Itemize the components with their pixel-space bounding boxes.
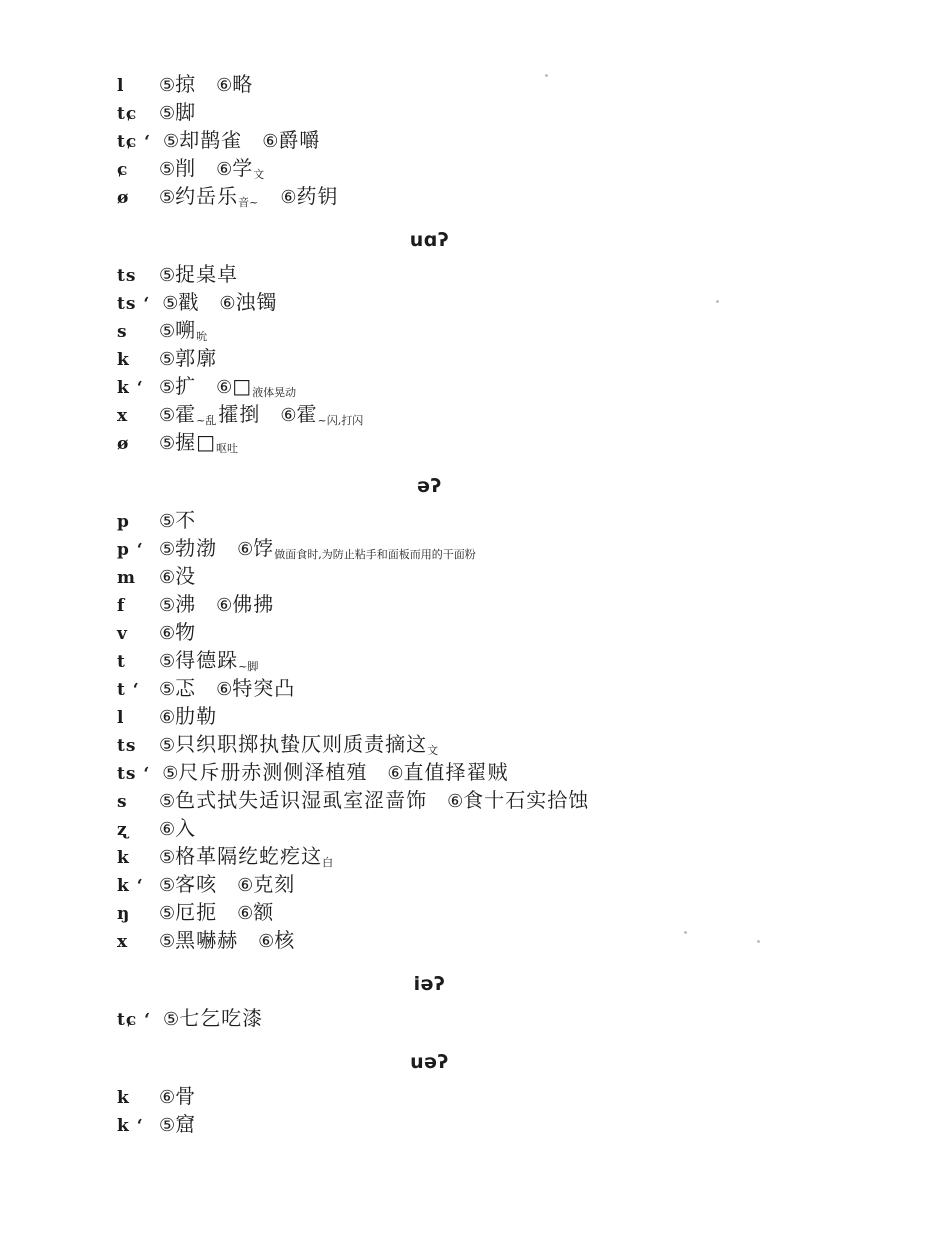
entry-row: ts⑤捉桌卓 [117,260,742,288]
entry-characters: 约岳乐音~ [175,184,260,208]
entry-row: k⑥骨 [117,1082,742,1110]
example-characters: 霍 [175,402,196,426]
tone-entry: ⑤忑 [159,680,196,699]
initial-symbol: x [117,928,147,956]
entry-row: f⑤沸⑥佛拂 [117,590,742,618]
tone-entry: ⑥浊镯 [219,294,277,313]
example-characters: 额 [253,900,274,924]
example-characters: 厄扼 [175,900,217,924]
tone-entry: ⑥药钥 [280,188,338,207]
tone-entry: ⑤扩 [159,378,196,397]
scan-speck [545,74,548,77]
tone-number: ⑥ [159,1087,175,1108]
tone-entry: ⑤脚 [159,104,196,123]
example-characters: 握□ [175,430,216,454]
scanned-dictionary-page: { "page": { "description_labels": {}, "s… [0,0,930,1247]
initial-symbol: tɕ ‘ [117,128,151,156]
tone-entry: ⑥食十石实拾蚀 [447,792,589,811]
tone-entry: ⑤色式拭失适识湿虱室涩啬饰 [159,792,427,811]
annotation-small-text: 呕吐 [216,442,238,455]
tone-number: ⑤ [159,159,175,180]
initial-symbol: ts ‘ [117,290,150,318]
entry-characters: 不 [175,508,196,532]
example-characters: 嗍 [175,318,196,342]
initial-symbol: k ‘ [117,872,147,900]
tone-number: ⑤ [163,131,179,152]
entry-characters: 色式拭失适识湿虱室涩啬饰 [175,788,427,812]
tone-number: ⑤ [159,903,175,924]
entry-row: t ‘⑤忑⑥特突凸 [117,674,742,702]
tone-number: ⑤ [159,539,175,560]
initial-symbol: ʐ [117,816,147,844]
tone-number: ⑤ [159,187,175,208]
example-characters: 忑 [175,676,196,700]
example-characters: 克刻 [253,872,295,896]
entry-characters: 脚 [175,100,196,124]
tone-entry: ⑥没 [159,568,196,587]
tone-entry: ⑥□液体晃动 [216,378,298,397]
entry-row: k ‘⑤窟 [117,1110,742,1138]
entry-characters: 窟 [175,1112,196,1136]
example-characters: 掠 [175,72,196,96]
tone-entry: ⑤只织职掷执蛰仄则质责摘这文 [159,736,440,755]
example-characters: 尺斥册赤测侧泽植殖 [178,760,367,784]
example-characters: 入 [175,816,196,840]
entry-row: l⑥肋勒 [117,702,742,730]
initial-symbol: t [117,648,147,676]
example-characters: 霍 [297,402,318,426]
entry-characters: 物 [175,620,196,644]
example-characters: 窟 [175,1112,196,1136]
entry-characters: 格革隔纥虼疙这白 [175,844,335,868]
entry-characters: 得德跺~脚 [175,648,260,672]
tone-number: ⑥ [280,405,296,426]
tone-entry: ⑤握□呕吐 [159,434,240,453]
example-characters: 没 [175,564,196,588]
example-characters: 直值择翟贼 [404,760,509,784]
entry-characters: 略 [232,72,253,96]
tone-entry: ⑤嗍吮 [159,322,209,341]
tone-number: ⑥ [159,707,175,728]
tone-entry: ⑥核 [258,932,295,951]
tone-number: ⑤ [159,433,175,454]
tone-number: ⑥ [262,131,278,152]
entry-row: tɕ ‘⑤七乞吃漆 [117,1004,742,1032]
tone-number: ⑤ [159,595,175,616]
tone-entry: ⑤七乞吃漆 [163,1010,263,1029]
initial-symbol: p [117,508,147,536]
annotation-small-text: ~乱 [196,414,216,427]
initial-symbol: ø [117,430,147,458]
tone-entry: ⑤尺斥册赤测侧泽植殖 [162,764,367,783]
example-characters: 不 [175,508,196,532]
entry-characters: 核 [274,928,295,952]
scan-speck [684,931,687,934]
example-characters: 药钥 [297,184,339,208]
entry-row: ŋ⑤厄扼⑥额 [117,898,742,926]
example-characters: 沸 [175,592,196,616]
scan-speck [757,940,760,943]
tone-number: ⑥ [447,791,463,812]
entry-characters: 克刻 [253,872,295,896]
entry-row: ø⑤约岳乐音~⑥药钥 [117,182,742,210]
entry-characters: 药钥 [297,184,339,208]
tone-entry: ⑥略 [216,76,253,95]
entry-characters: 霍~闪,打闪 [297,402,366,426]
tone-number: ⑤ [162,293,178,314]
tone-number: ⑥ [237,903,253,924]
entry-row: k⑤格革隔纥虼疙这白 [117,842,742,870]
tone-number: ⑥ [280,187,296,208]
entry-row: l⑤掠⑥略 [117,70,742,98]
initial-symbol: x [117,402,147,430]
entry-characters: 浊镯 [236,290,278,314]
annotation-small-text: 液体晃动 [252,386,296,399]
tone-entry: ⑤捉桌卓 [159,266,238,285]
initial-symbol: tɕ [117,100,147,128]
tone-number: ⑥ [216,595,232,616]
tone-entry: ⑤戳 [162,294,199,313]
tone-number: ⑤ [159,1115,175,1136]
entry-row: v⑥物 [117,618,742,646]
entry-characters: 削 [175,156,196,180]
entry-row: k⑤郭廓 [117,344,742,372]
entry-characters: 食十石实拾蚀 [463,788,589,812]
example-characters: □ [232,374,252,398]
annotation-small-text: ~脚 [238,660,258,673]
tone-number: ⑤ [159,735,175,756]
tone-number: ⑤ [159,791,175,812]
annotation-small-text: 音~ [238,196,258,209]
entry-characters: 嗍吮 [175,318,209,342]
initial-symbol: tɕ ‘ [117,1006,151,1034]
example-characters: 脚 [175,100,196,124]
entry-characters: 直值择翟贼 [404,760,509,784]
entry-row: k ‘⑤客咳⑥克刻 [117,870,742,898]
entry-row: x⑤霍~乱攉捯⑥霍~闪,打闪 [117,400,742,428]
example-characters: 戳 [178,290,199,314]
example-characters: 骨 [175,1084,196,1108]
entry-row: ts ‘⑤戳⑥浊镯 [117,288,742,316]
entry-characters: 郭廓 [175,346,217,370]
tone-number: ⑤ [159,349,175,370]
initial-symbol: l [117,704,147,732]
entry-characters: 爵嚼 [278,128,320,152]
entry-characters: 没 [175,564,196,588]
rhyme-section-header: uɑʔ [117,226,742,254]
tone-number: ⑥ [159,567,175,588]
tone-entry: ⑥学文 [216,160,266,179]
initial-symbol: s [117,788,147,816]
tone-entry: ⑤约岳乐音~ [159,188,260,207]
tone-entry: ⑥霍~闪,打闪 [280,406,365,425]
entry-characters: 入 [175,816,196,840]
tone-number: ⑥ [237,875,253,896]
tone-number: ⑤ [159,405,175,426]
entry-characters: 掠 [175,72,196,96]
scan-speck [716,300,719,303]
tone-entry: ⑥佛拂 [216,596,274,615]
entry-characters: 霍~乱攉捯 [175,402,260,426]
entry-characters: 沸 [175,592,196,616]
tone-number: ⑥ [216,75,232,96]
example-characters: 肋勒 [175,704,217,728]
initial-symbol: k [117,1084,147,1112]
initial-symbol: s [117,318,147,346]
entry-characters: 尺斥册赤测侧泽植殖 [178,760,367,784]
section-rows: k⑥骨k ‘⑤窟 [117,1082,742,1138]
tone-number: ⑥ [237,539,253,560]
example-characters: 得德跺 [175,648,238,672]
example-characters: 客咳 [175,872,217,896]
entry-row: k ‘⑤扩⑥□液体晃动 [117,372,742,400]
annotation-small-text: 白 [322,856,333,869]
tone-entry: ⑤厄扼 [159,904,217,923]
example-characters: 七乞吃漆 [179,1006,263,1030]
tone-entry: ⑥爵嚼 [262,132,320,151]
example-characters: 约岳乐 [175,184,238,208]
tone-number: ⑤ [159,103,175,124]
example-characters: 捉桌卓 [175,262,238,286]
initial-symbol: ts [117,732,147,760]
entry-characters: 黑嚇赫 [175,928,238,952]
tone-number: ⑥ [387,763,403,784]
tone-entry: ⑥骨 [159,1088,196,1107]
example-characters: 浊镯 [236,290,278,314]
entry-row: tɕ⑤脚 [117,98,742,126]
annotation-small-text: 做面食时,为防止粘手和面板而用的干面粉 [274,548,476,561]
section-rows: p⑤不p ‘⑤勃渤⑥饽做面食时,为防止粘手和面板而用的干面粉m⑥没f⑤沸⑥佛拂v… [117,506,742,954]
example-characters: 郭廓 [175,346,217,370]
tone-entry: ⑤客咳 [159,876,217,895]
tone-entry: ⑤掠 [159,76,196,95]
tone-number: ⑤ [159,265,175,286]
tone-number: ⑥ [219,293,235,314]
entry-row: ɕ⑤削⑥学文 [117,154,742,182]
tone-number: ⑤ [159,679,175,700]
tone-entry: ⑥克刻 [237,876,295,895]
initial-symbol: p ‘ [117,536,147,564]
tone-entry: ⑤勃渤 [159,540,217,559]
tone-number: ⑥ [159,819,175,840]
tone-number: ⑥ [159,623,175,644]
tone-entry: ⑥物 [159,624,196,643]
annotation-small-text: 文 [253,168,264,181]
initial-symbol: t ‘ [117,676,147,704]
tone-number: ⑤ [159,847,175,868]
entry-characters: □液体晃动 [232,374,298,398]
entry-row: ø⑤握□呕吐 [117,428,742,456]
annotation-small-text: ~闪,打闪 [318,414,364,427]
rhyme-section-header: iəʔ [117,970,742,998]
example-characters: 食十石实拾蚀 [463,788,589,812]
entry-characters: 忑 [175,676,196,700]
entry-row: ts⑤只织职掷执蛰仄则质责摘这文 [117,730,742,758]
tone-entry: ⑥肋勒 [159,708,217,727]
entry-row: p ‘⑤勃渤⑥饽做面食时,为防止粘手和面板而用的干面粉 [117,534,742,562]
tone-entry: ⑥额 [237,904,274,923]
tone-number: ⑥ [216,377,232,398]
tone-number: ⑤ [159,651,175,672]
initial-symbol: k [117,844,147,872]
example-characters: 只织职掷执蛰仄则质责摘这 [175,732,427,756]
example-characters: 削 [175,156,196,180]
example-characters: 略 [232,72,253,96]
tone-entry: ⑥饽做面食时,为防止粘手和面板而用的干面粉 [237,540,478,559]
entry-row: p⑤不 [117,506,742,534]
tone-number: ⑤ [159,511,175,532]
entry-characters: 却鹊雀 [179,128,242,152]
tone-entry: ⑤窟 [159,1116,196,1135]
example-characters: 扩 [175,374,196,398]
tone-entry: ⑤霍~乱攉捯 [159,406,260,425]
entry-characters: 戳 [178,290,199,314]
tone-number: ⑤ [162,763,178,784]
entry-row: ts ‘⑤尺斥册赤测侧泽植殖⑥直值择翟贼 [117,758,742,786]
entry-characters: 学文 [232,156,266,180]
example-characters: 佛拂 [232,592,274,616]
example-characters: 学 [232,156,253,180]
tone-entry: ⑥直值择翟贼 [387,764,508,783]
entry-characters: 骨 [175,1084,196,1108]
initial-symbol: ø [117,184,147,212]
tone-number: ⑤ [159,377,175,398]
initial-symbol: ɕ [117,156,147,184]
tone-number: ⑥ [216,159,232,180]
tone-number: ⑤ [159,75,175,96]
entry-characters: 肋勒 [175,704,217,728]
entry-characters: 额 [253,900,274,924]
tone-entry: ⑤削 [159,160,196,179]
entry-characters: 厄扼 [175,900,217,924]
initial-symbol: ts [117,262,147,290]
section-rows: l⑤掠⑥略tɕ⑤脚tɕ ‘⑤却鹊雀⑥爵嚼ɕ⑤削⑥学文ø⑤约岳乐音~⑥药钥 [117,70,742,210]
tone-number: ⑤ [159,931,175,952]
tone-number: ⑥ [258,931,274,952]
initial-symbol: ts ‘ [117,760,150,788]
initial-symbol: k ‘ [117,374,147,402]
tone-entry: ⑤得德跺~脚 [159,652,260,671]
example-characters: 黑嚇赫 [175,928,238,952]
example-characters: 攉捯 [218,402,260,426]
tone-entry: ⑤黑嚇赫 [159,932,238,951]
example-characters: 却鹊雀 [179,128,242,152]
annotation-small-text: 文 [427,744,438,757]
annotation-small-text: 吮 [196,330,207,343]
entry-characters: 饽做面食时,为防止粘手和面板而用的干面粉 [253,536,478,560]
entry-characters: 握□呕吐 [175,430,240,454]
tone-entry: ⑥特突凸 [216,680,295,699]
example-characters: 勃渤 [175,536,217,560]
entry-characters: 佛拂 [232,592,274,616]
tone-entry: ⑤却鹊雀 [163,132,242,151]
section-rows: tɕ ‘⑤七乞吃漆 [117,1004,742,1032]
tone-entry: ⑤沸 [159,596,196,615]
entry-characters: 特突凸 [232,676,295,700]
initial-symbol: k [117,346,147,374]
entry-characters: 七乞吃漆 [179,1006,263,1030]
entry-row: tɕ ‘⑤却鹊雀⑥爵嚼 [117,126,742,154]
entry-characters: 勃渤 [175,536,217,560]
example-characters: 色式拭失适识湿虱室涩啬饰 [175,788,427,812]
initial-symbol: k ‘ [117,1112,147,1140]
tone-entry: ⑤格革隔纥虼疙这白 [159,848,335,867]
rhyme-section-header: əʔ [117,472,742,500]
entry-row: t⑤得德跺~脚 [117,646,742,674]
tone-number: ⑥ [216,679,232,700]
page-content: l⑤掠⑥略tɕ⑤脚tɕ ‘⑤却鹊雀⑥爵嚼ɕ⑤削⑥学文ø⑤约岳乐音~⑥药钥uɑʔt… [117,70,742,1138]
entry-row: x⑤黑嚇赫⑥核 [117,926,742,954]
tone-entry: ⑥入 [159,820,196,839]
initial-symbol: f [117,592,147,620]
initial-symbol: m [117,564,147,592]
example-characters: 核 [274,928,295,952]
entry-characters: 捉桌卓 [175,262,238,286]
example-characters: 爵嚼 [278,128,320,152]
tone-number: ⑤ [159,875,175,896]
entry-characters: 扩 [175,374,196,398]
example-characters: 物 [175,620,196,644]
tone-entry: ⑤郭廓 [159,350,217,369]
initial-symbol: l [117,72,147,100]
entry-characters: 只织职掷执蛰仄则质责摘这文 [175,732,440,756]
entry-row: s⑤色式拭失适识湿虱室涩啬饰⑥食十石实拾蚀 [117,786,742,814]
rhyme-section-header: uəʔ [117,1048,742,1076]
entry-row: s⑤嗍吮 [117,316,742,344]
entry-characters: 客咳 [175,872,217,896]
example-characters: 格革隔纥虼疙这 [175,844,322,868]
entry-row: ʐ⑥入 [117,814,742,842]
tone-number: ⑤ [159,321,175,342]
section-rows: ts⑤捉桌卓ts ‘⑤戳⑥浊镯s⑤嗍吮k⑤郭廓k ‘⑤扩⑥□液体晃动x⑤霍~乱攉… [117,260,742,456]
initial-symbol: v [117,620,147,648]
example-characters: 饽 [253,536,274,560]
example-characters: 特突凸 [232,676,295,700]
tone-entry: ⑤不 [159,512,196,531]
initial-symbol: ŋ [117,900,147,928]
entry-row: m⑥没 [117,562,742,590]
tone-number: ⑤ [163,1009,179,1030]
